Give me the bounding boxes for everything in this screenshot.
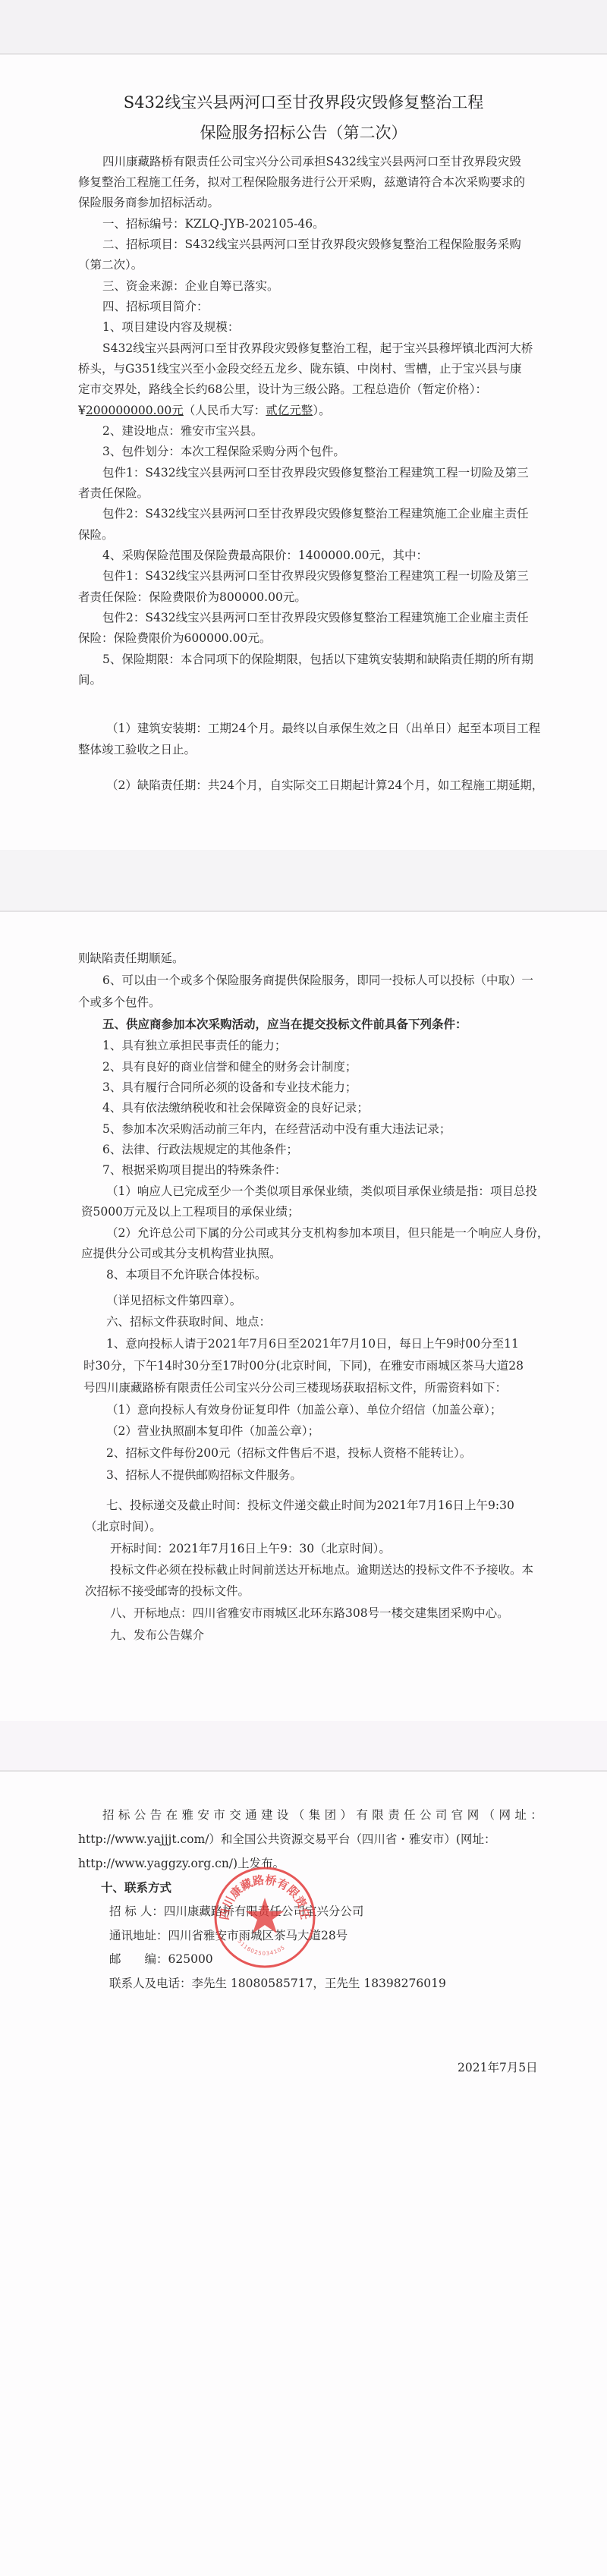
section-4-heading: 四、招标项目简介： xyxy=(102,299,209,314)
section-9-heading: 九、发布公告媒介 xyxy=(110,1628,204,1643)
package-1-price: 包件1：S432线宝兴县两河口至甘孜界段灾毁修复整治工程建筑工程一切险及第三 xyxy=(102,568,529,583)
document-fee: 2、招标文件每份200元（招标文件售后不退，投标人资格不能转让）。 xyxy=(106,1445,471,1461)
special-condition-1: 资5000万元及以上工程项目的承保业绩； xyxy=(81,1204,299,1219)
item-6-multiple-providers: 6、可以由一个或多个保险服务商提供保险服务，即同一投标人可以投标（中取）一 xyxy=(102,973,533,988)
condition-item: 7、根据采购项目提出的特殊条件： xyxy=(102,1162,286,1178)
package-2-desc: 保险。 xyxy=(78,527,114,543)
item-2-location: 2、建设地点：雅安市宝兴县。 xyxy=(102,423,263,439)
package-2-price: 保险：保险费限价为600000.00元。 xyxy=(78,631,271,646)
price-words: 贰亿元整 xyxy=(266,404,313,417)
item-1-heading: 1、项目建设内容及规模： xyxy=(102,319,239,335)
document-acquisition: 1、意向投标人请于2021年7月6日至2021年7月10日，每日上午9时00分至… xyxy=(106,1336,519,1351)
project-price-line: ¥200000000.00元（人民币大写：贰亿元整）。 xyxy=(78,403,331,418)
page-divider xyxy=(0,53,607,55)
item-6-multiple-providers: 个或多个包件。 xyxy=(78,995,161,1010)
item-4-max-price: 4、采购保险范围及保险费最高限价：1400000.00元，其中： xyxy=(102,548,428,563)
no-mail-service: 3、招标人不提供邮购招标文件服务。 xyxy=(106,1467,302,1483)
condition-item: 3、具有履行合同所必须的设备和专业技术能力； xyxy=(102,1080,357,1095)
publication-media-text: 招标公告在雅安市交通建设（集团）有限责任公司官网（网址： xyxy=(102,1807,546,1823)
construction-period: 整体竣工验收之日止。 xyxy=(78,742,196,757)
special-condition-2: （2）允许总公司下属的分公司或其分支机构参加本项目，但只能是一个响应人身份， xyxy=(106,1225,549,1241)
price-value: 200000000.00元 xyxy=(86,404,184,417)
condition-item: 4、具有依法缴纳税收和社会保障资金的良好记录； xyxy=(102,1100,369,1115)
section-2-tender-project: （第二次）。 xyxy=(78,257,143,272)
submission-notice: 次招标不接受邮寄的投标文件。 xyxy=(85,1584,250,1599)
condition-item: 2、具有良好的商业信誉和健全的财务会计制度； xyxy=(102,1059,357,1074)
section-7-deadline: 七、投标递交及截止时间：投标文件递交截止时间为2021年7月16日上午9:30 xyxy=(106,1498,514,1513)
see-chapter-note: （详见招标文件第四章）。 xyxy=(106,1293,241,1308)
package-1-price: 者责任保险：保险费限价为800000.00元。 xyxy=(78,590,307,605)
item-3-packages: 3、包件划分：本次工程保险采购分两个包件。 xyxy=(102,444,345,459)
package-2-desc: 包件2：S432线宝兴县两河口至甘孜界段灾毁修复整治工程建筑施工企业雇主责任 xyxy=(102,506,529,521)
page-gap xyxy=(0,0,607,53)
package-2-price: 包件2：S432线宝兴县两河口至甘孜界段灾毁修复整治工程建筑施工企业雇主责任 xyxy=(102,610,529,625)
page-gap xyxy=(0,850,607,911)
section-6-heading: 六、招标文件获取时间、地点： xyxy=(106,1314,271,1329)
item-5-insurance-period: 间。 xyxy=(78,672,102,687)
currency-symbol: ¥ xyxy=(78,404,86,417)
price-label: （人民币大写： xyxy=(184,404,266,417)
special-condition-1: （1）响应人已完成至少一个类似项目承保业绩，类似项目承保业绩是指：项目总投 xyxy=(106,1184,537,1199)
construction-period: （1）建筑安装期：工期24个月。最终以自承保生效之日（出单日）起至本项目工程 xyxy=(106,721,540,736)
intro-line: 四川康藏路桥有限责任公司宝兴分公司承担S432线宝兴县两河口至甘孜界段灾毁 xyxy=(102,154,521,169)
section-5-heading: 五、供应商参加本次采购活动，应当在提交投标文件前具备下列条件： xyxy=(102,1017,467,1032)
intro-line: 修复整治工程施工任务，拟对工程保险服务进行公开采购，兹邀请符合本次采购要求的 xyxy=(78,175,525,190)
condition-item: 5、参加本次采购活动前三年内，在经营活动中没有重大违法记录； xyxy=(102,1121,451,1137)
document-acquisition: 号四川康藏路桥有限责任公司宝兴分公司三楼现场获取招标文件，所需资料如下： xyxy=(83,1380,507,1395)
document-title: S432线宝兴县两河口至甘孜界段灾毁修复整治工程 xyxy=(0,93,607,112)
contacts: 联系人及电话：李先生 18080585717，王先生 18398276019 xyxy=(109,1976,446,1991)
mailing-address: 通讯地址：四川省雅安市雨城区茶马大道28号 xyxy=(109,1928,348,1943)
price-suffix: ）。 xyxy=(313,404,330,417)
item-1-text: 桥头，与G351线宝兴至小金段交经五龙乡、陇东镇、中岗村、雪槽，止于宝兴县与康 xyxy=(78,361,521,376)
item-1-text: 定市交界处，路线全长约68公里，设计为三级公路。工程总造价（暂定价格）： xyxy=(78,382,487,397)
condition-item-8: 8、本项目不允许联合体投标。 xyxy=(106,1267,266,1282)
item-1-text: S432线宝兴县两河口至甘孜界段灾毁修复整治工程，起于宝兴县穆坪镇北西河大桥 xyxy=(102,341,533,356)
publication-media-url[interactable]: http://www.yaggzy.org.cn/)上发布。 xyxy=(78,1856,285,1871)
document-acquisition: 时30分，下午14时30分至17时00分(北京时间，下同)，在雅安市雨城区茶马大… xyxy=(83,1358,524,1373)
section-10-heading: 十、联系方式 xyxy=(101,1880,171,1895)
document-date: 2021年7月5日 xyxy=(458,2059,538,2075)
page-divider xyxy=(0,911,607,912)
condition-item: 6、法律、行政法规规定的其他条件； xyxy=(102,1142,298,1157)
section-8-opening-location: 八、开标地点：四川省雅安市雨城区北环东路308号一楼交建集团采购中心。 xyxy=(110,1606,509,1621)
tenderer: 招 标 人：四川康藏路桥有限责任公司宝兴分公司 xyxy=(109,1904,363,1919)
defect-liability-period: （2）缺陷责任期：共24个月，自实际交工日期起计算24个月，如工程施工期延期， xyxy=(106,778,543,793)
required-material: （2）营业执照副本复印件（加盖公章）； xyxy=(106,1423,319,1439)
package-1-desc: 包件1：S432线宝兴县两河口至甘孜界段灾毁修复整治工程建筑工程一切险及第三 xyxy=(102,465,529,480)
section-2-tender-project: 二、招标项目：S432线宝兴县两河口至甘孜界段灾毁修复整治工程保险服务采购 xyxy=(102,237,521,252)
condition-item: 1、具有独立承担民事责任的能力； xyxy=(102,1038,286,1053)
page-divider xyxy=(0,1770,607,1772)
postcode: 邮 编：625000 xyxy=(109,1952,213,1967)
item-5-insurance-period: 5、保险期限：本合同项下的保险期限，包括以下建筑安装期和缺陷责任期的所有期 xyxy=(102,652,533,667)
intro-line: 保险服务商参加招标活动。 xyxy=(78,195,219,210)
publication-media-url[interactable]: http://www.yajjjt.com/）和全国公共资源交易平台（四川省・雅… xyxy=(78,1832,495,1847)
page-gap xyxy=(0,1721,607,1770)
document-subtitle: 保险服务招标公告（第二次） xyxy=(0,123,607,143)
special-condition-2: 应提供分公司或其分支机构营业执照。 xyxy=(81,1246,281,1261)
package-1-desc: 者责任保险。 xyxy=(78,486,149,501)
submission-notice: 投标文件必须在投标截止时间前送达开标地点。逾期送达的投标文件不予接收。本 xyxy=(110,1562,533,1577)
defect-liability-period: 则缺陷责任期顺延。 xyxy=(78,951,184,966)
section-7-deadline: （北京时间）。 xyxy=(85,1519,162,1534)
section-3-fund-source: 三、资金来源：企业自筹已落实。 xyxy=(102,278,279,294)
opening-time: 开标时间：2021年7月16日上午9：30（北京时间）。 xyxy=(110,1541,391,1556)
required-material: （1）意向投标人有效身份证复印件（加盖公章）、单位介绍信（加盖公章）； xyxy=(106,1402,502,1417)
section-1-tender-number: 一、招标编号：KZLQ-JYB-202105-46。 xyxy=(102,216,325,231)
